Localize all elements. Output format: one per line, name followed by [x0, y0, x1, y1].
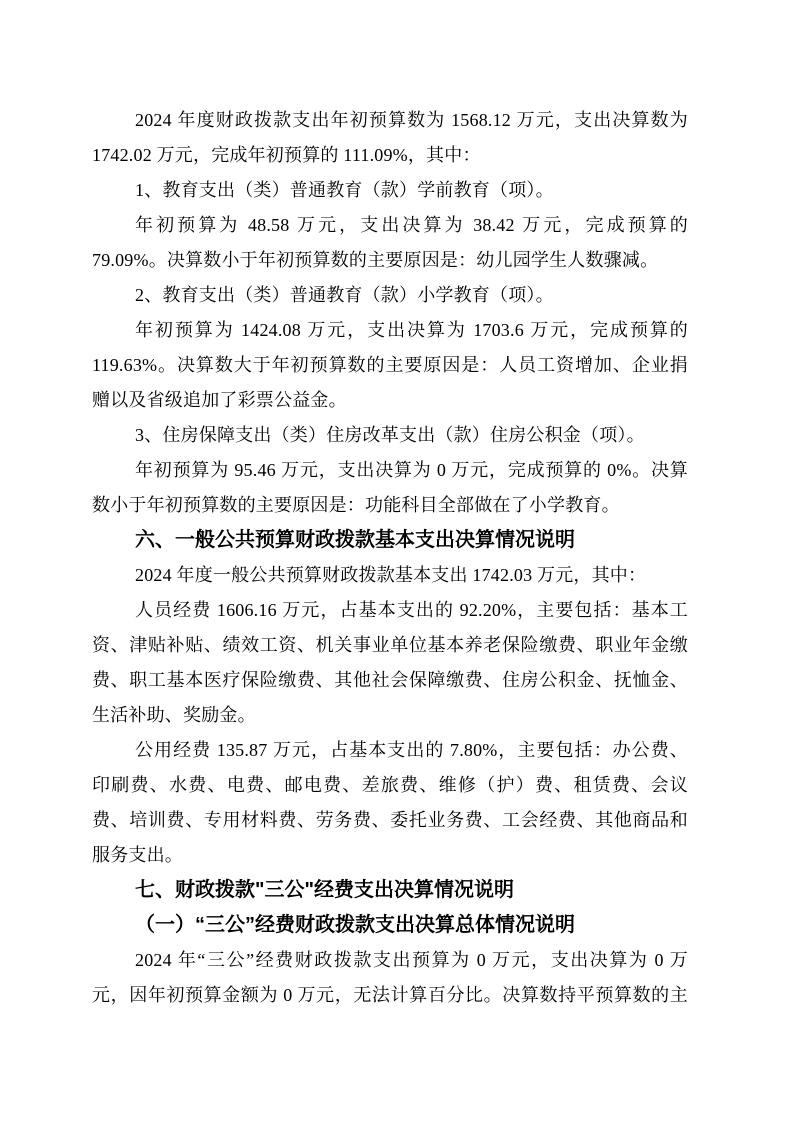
- para-item-3-detail: 年初预算为 95.46 万元，支出决算为 0 万元，完成预算的 0%。决算 数小…: [92, 453, 688, 523]
- para-personnel-funds: 人员经费 1606.16 万元，占基本支出的 92.20%，主要包括：基本工 资…: [92, 593, 688, 733]
- text-line: 1742.02 万元，完成年初预算的 111.09%，其中：: [92, 138, 688, 173]
- para-item-3-housing-security: 3、住房保障支出（类）住房改革支出（款）住房公积金（项）。: [92, 418, 688, 453]
- text-line: 2024 年“三公”经费财政拨款支出预算为 0 万元，支出决算为 0 万: [92, 943, 688, 978]
- text-line: 2024 年度一般公共预算财政拨款基本支出 1742.03 万元，其中：: [92, 558, 688, 593]
- text-line: 年初预算为 1424.08 万元，支出决算为 1703.6 万元，完成预算的: [92, 313, 688, 348]
- text-line: 费、职工基本医疗保险缴费、其他社会保障缴费、住房公积金、抚恤金、: [92, 663, 688, 698]
- para-basic-expenditure-total: 2024 年度一般公共预算财政拨款基本支出 1742.03 万元，其中：: [92, 558, 688, 593]
- text-line: 119.63%。决算数大于年初预算数的主要原因是：人员工资增加、企业捐: [92, 348, 688, 383]
- text-line: 元，因年初预算金额为 0 万元，无法计算百分比。决算数持平预算数的主: [92, 978, 688, 1013]
- para-item-2-detail: 年初预算为 1424.08 万元，支出决算为 1703.6 万元，完成预算的 1…: [92, 313, 688, 418]
- text-line: 2024 年度财政拨款支出年初预算数为 1568.12 万元，支出决算数为: [92, 103, 688, 138]
- text-line: 费、培训费、专用材料费、劳务费、委托业务费、工会经费、其他商品和: [92, 803, 688, 838]
- text-line: 年初预算为 95.46 万元，支出决算为 0 万元，完成预算的 0%。决算: [92, 453, 688, 488]
- text-line: 印刷费、水费、电费、邮电费、差旅费、维修（护）费、租赁费、会议: [92, 768, 688, 803]
- heading-section-7: 七、财政拨款"三公"经费支出决算情况说明: [92, 873, 688, 908]
- para-item-1-detail: 年初预算为 48.58 万元，支出决算为 38.42 万元，完成预算的 79.0…: [92, 208, 688, 278]
- text-line: 3、住房保障支出（类）住房改革支出（款）住房公积金（项）。: [92, 418, 688, 453]
- page-content: 2024 年度财政拨款支出年初预算数为 1568.12 万元，支出决算数为 17…: [92, 103, 688, 1013]
- text-line: 年初预算为 48.58 万元，支出决算为 38.42 万元，完成预算的: [92, 208, 688, 243]
- section-heading-text: （一）“三公”经费财政拨款支出决算总体情况说明: [92, 908, 688, 943]
- text-line: 生活补助、奖励金。: [92, 698, 688, 733]
- para-item-1-preschool-education: 1、教育支出（类）普通教育（款）学前教育（项）。: [92, 173, 688, 208]
- para-fiscal-expenditure-overview: 2024 年度财政拨款支出年初预算数为 1568.12 万元，支出决算数为 17…: [92, 103, 688, 173]
- document-page: 2024 年度财政拨款支出年初预算数为 1568.12 万元，支出决算数为 17…: [0, 0, 793, 1122]
- para-item-2-primary-education: 2、教育支出（类）普通教育（款）小学教育（项）。: [92, 278, 688, 313]
- text-line: 服务支出。: [92, 838, 688, 873]
- heading-section-6: 六、一般公共预算财政拨款基本支出决算情况说明: [92, 523, 688, 558]
- text-line: 1、教育支出（类）普通教育（款）学前教育（项）。: [92, 173, 688, 208]
- para-three-public-funds-overview: 2024 年“三公”经费财政拨款支出预算为 0 万元，支出决算为 0 万 元，因…: [92, 943, 688, 1013]
- section-heading-text: 七、财政拨款"三公"经费支出决算情况说明: [92, 873, 688, 908]
- text-line: 公用经费 135.87 万元，占基本支出的 7.80%，主要包括：办公费、: [92, 733, 688, 768]
- heading-section-7-1: （一）“三公”经费财政拨款支出决算总体情况说明: [92, 908, 688, 943]
- section-heading-text: 六、一般公共预算财政拨款基本支出决算情况说明: [92, 523, 688, 558]
- text-line: 赠以及省级追加了彩票公益金。: [92, 383, 688, 418]
- text-line: 数小于年初预算数的主要原因是：功能科目全部做在了小学教育。: [92, 488, 688, 523]
- text-line: 资、津贴补贴、绩效工资、机关事业单位基本养老保险缴费、职业年金缴: [92, 628, 688, 663]
- para-public-funds: 公用经费 135.87 万元，占基本支出的 7.80%，主要包括：办公费、 印刷…: [92, 733, 688, 873]
- text-line: 人员经费 1606.16 万元，占基本支出的 92.20%，主要包括：基本工: [92, 593, 688, 628]
- text-line: 2、教育支出（类）普通教育（款）小学教育（项）。: [92, 278, 688, 313]
- text-line: 79.09%。决算数小于年初预算数的主要原因是：幼儿园学生人数骤减。: [92, 243, 688, 278]
